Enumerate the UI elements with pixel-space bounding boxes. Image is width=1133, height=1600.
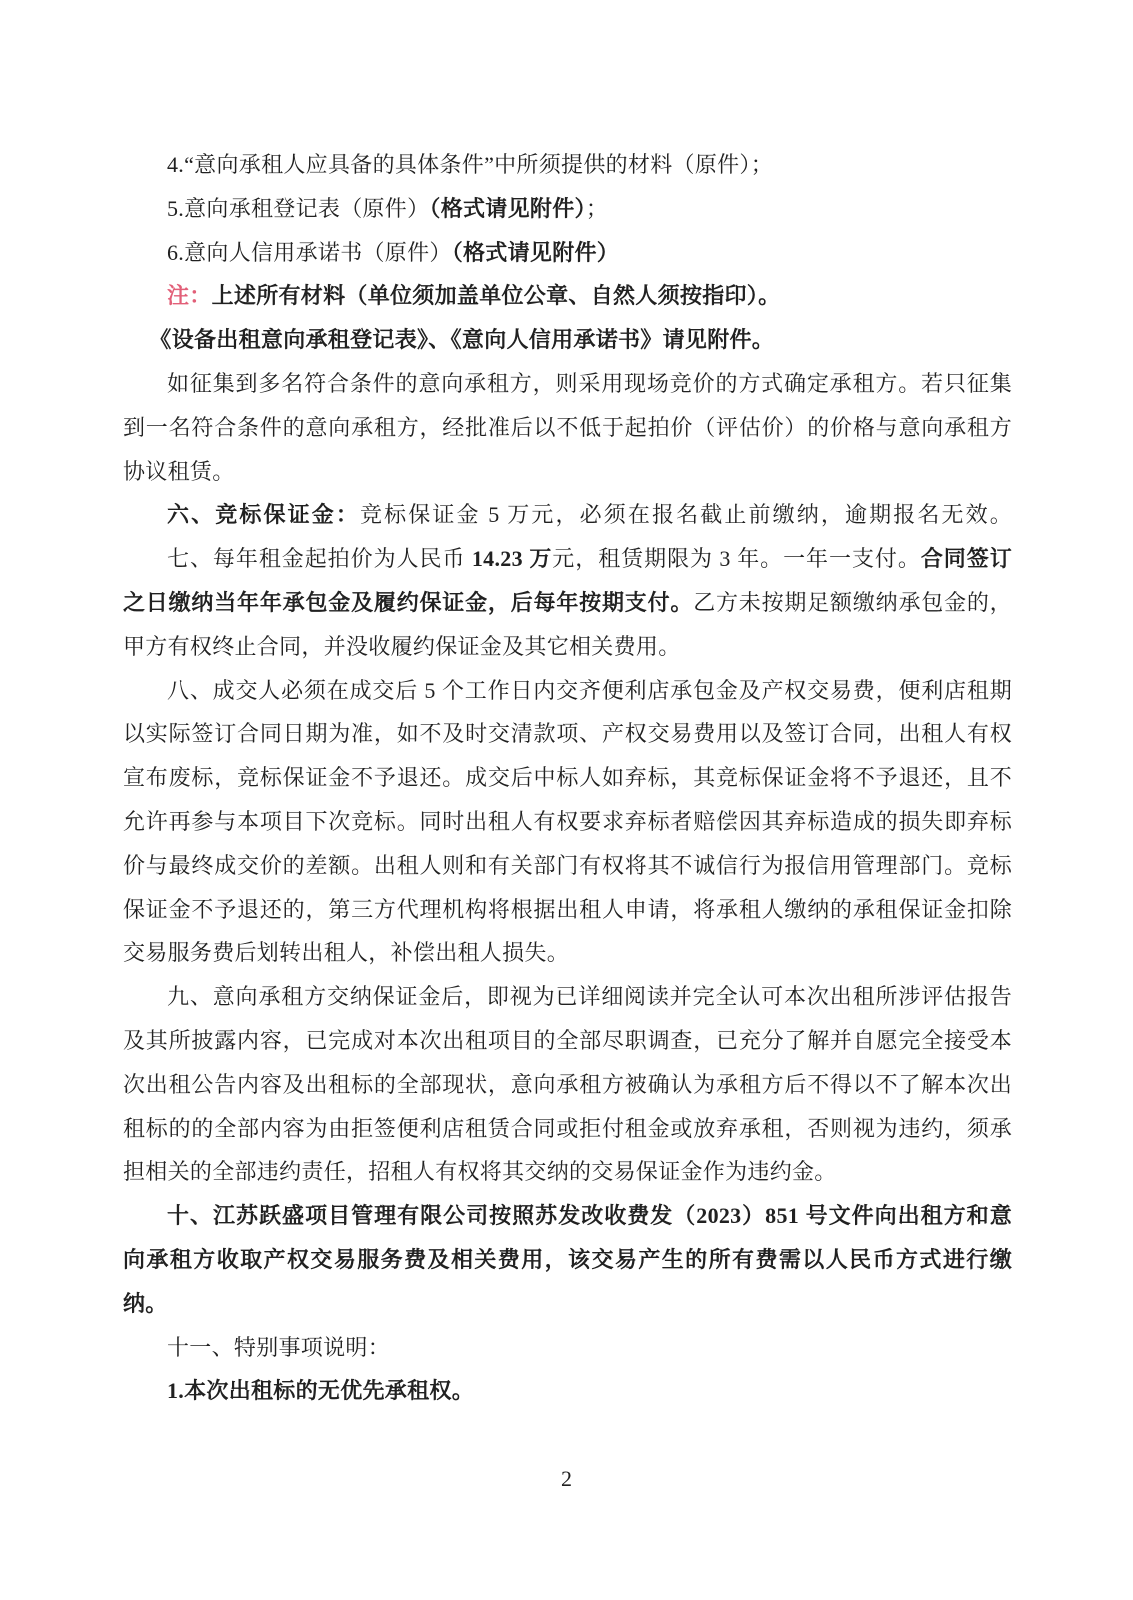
document-line: 六、竞标保证金：竞标保证金 5 万元，必须在报名截止前缴纳，逾期报名无效。 — [123, 493, 1012, 537]
page-number: 2 — [0, 1466, 1133, 1492]
document-line: 宣布废标，竞标保证金不予退还。成交后中标人如弃标，其竞标保证金将不予退还，且不 — [123, 756, 1012, 800]
document-line: 之日缴纳当年年承包金及履约保证金，后每年按期支付。乙方未按期足额缴纳承包金的， — [123, 581, 1012, 625]
document-line: 1.本次出租标的无优先承租权。 — [123, 1369, 1012, 1413]
text-segment: 宣布废标，竞标保证金不予退还。成交后中标人如弃标，其竞标保证金将不予退还，且不 — [123, 765, 1012, 790]
document-body: 4.“意向承租人应具备的具体条件”中所须提供的材料（原件）；5.意向承租登记表（… — [123, 143, 1012, 1413]
document-line: 向承租方收取产权交易服务费及相关费用，该交易产生的所有费需以人民币方式进行缴 — [123, 1238, 1012, 1282]
text-segment: 担相关的全部违约责任，招租人有权将其交纳的交易保证金作为违约金。 — [123, 1159, 837, 1184]
text-segment: 注： — [167, 283, 212, 308]
document-line: 协议租赁。 — [123, 450, 1012, 494]
text-segment: 合同签订 — [921, 546, 1012, 571]
text-segment: 6.意向人信用承诺书（原件） — [167, 240, 452, 265]
document-page: 4.“意向承租人应具备的具体条件”中所须提供的材料（原件）；5.意向承租登记表（… — [0, 0, 1133, 1600]
text-segment: 九、意向承租方交纳保证金后，即视为已详细阅读并完全认可本次出租所涉评估报告 — [167, 984, 1012, 1009]
document-line: 《设备出租意向承租登记表》、《意向人信用承诺书》请见附件。 — [123, 318, 1012, 362]
text-segment: 保证金不予退还的，第三方代理机构将根据出租人申请，将承租人缴纳的承租保证金扣除 — [123, 897, 1012, 922]
document-line: 价与最终成交价的差额。出租人则和有关部门有权将其不诚信行为报信用管理部门。竞标 — [123, 844, 1012, 888]
document-line: 纳。 — [123, 1282, 1012, 1326]
text-segment: 十、江苏跃盛项目管理有限公司按照苏发改收费发（2023）851 号文件向出租方和… — [167, 1203, 1012, 1228]
text-segment: 4.“意向承租人应具备的具体条件”中所须提供的材料（原件）； — [167, 152, 773, 177]
text-segment: 14.23 万 — [472, 546, 552, 571]
text-segment: 允许再参与本项目下次竞标。同时出租人有权要求弃标者赔偿因其弃标造成的损失即弃标 — [123, 809, 1012, 834]
document-line: 以实际签订合同日期为准，如不及时交清款项、产权交易费用以及签订合同，出租人有权 — [123, 712, 1012, 756]
text-segment: 十一、特别事项说明： — [167, 1335, 390, 1360]
document-line: 允许再参与本项目下次竞标。同时出租人有权要求弃标者赔偿因其弃标造成的损失即弃标 — [123, 800, 1012, 844]
document-line: 如征集到多名符合条件的意向承租方，则采用现场竞价的方式确定承租方。若只征集 — [123, 362, 1012, 406]
text-segment: 协议租赁。 — [123, 459, 235, 484]
text-segment: 上述所有材料（单位须加盖单位公章、自然人须按指印）。 — [212, 283, 781, 308]
text-segment: 5.意向承租登记表（原件） — [167, 196, 429, 221]
text-segment: 元，租赁期限为 3 年。一年一支付。 — [552, 546, 921, 571]
document-line: 注：上述所有材料（单位须加盖单位公章、自然人须按指印）。 — [123, 274, 1012, 318]
document-line: 到一名符合条件的意向承租方，经批准后以不低于起拍价（评估价）的价格与意向承租方 — [123, 406, 1012, 450]
document-line: 八、成交人必须在成交后 5 个工作日内交齐便利店承包金及产权交易费，便利店租期 — [123, 669, 1012, 713]
text-segment: 竞标保证金 5 万元，必须在报名截止前缴纳，逾期报名无效。 — [360, 502, 1012, 527]
document-line: 保证金不予退还的，第三方代理机构将根据出租人申请，将承租人缴纳的承租保证金扣除 — [123, 888, 1012, 932]
text-segment: 价与最终成交价的差额。出租人则和有关部门有权将其不诚信行为报信用管理部门。竞标 — [123, 853, 1012, 878]
text-segment: 《设备出租意向承租登记表》、《意向人信用承诺书》请见附件。 — [149, 327, 774, 352]
text-segment: 如征集到多名符合条件的意向承租方，则采用现场竞价的方式确定承租方。若只征集 — [167, 371, 1012, 396]
text-segment: 七、每年租金起拍价为人民币 — [167, 546, 472, 571]
text-segment: 次出租公告内容及出租标的全部现状，意向承租方被确认为承租方后不得以不了解本次出 — [123, 1072, 1012, 1097]
text-segment: 六、竞标保证金： — [167, 502, 360, 527]
document-line: 甲方有权终止合同，并没收履约保证金及其它相关费用。 — [123, 625, 1012, 669]
text-segment: （格式请见附件） — [452, 240, 619, 265]
document-line: 及其所披露内容，已完成对本次出租项目的全部尽职调查，已充分了解并自愿完全接受本 — [123, 1019, 1012, 1063]
document-line: 次出租公告内容及出租标的全部现状，意向承租方被确认为承租方后不得以不了解本次出 — [123, 1063, 1012, 1107]
text-segment: 及其所披露内容，已完成对本次出租项目的全部尽职调查，已充分了解并自愿完全接受本 — [123, 1028, 1012, 1053]
document-line: 十一、特别事项说明： — [123, 1326, 1012, 1370]
text-segment: 1.本次出租标的无优先承租权。 — [167, 1378, 474, 1403]
document-line: 租标的的全部内容为由拒签便利店租赁合同或拒付租金或放弃承租，否则视为违约，须承 — [123, 1107, 1012, 1151]
document-line: 交易服务费后划转出租人，补偿出租人损失。 — [123, 931, 1012, 975]
document-line: 十、江苏跃盛项目管理有限公司按照苏发改收费发（2023）851 号文件向出租方和… — [123, 1194, 1012, 1238]
text-segment: 以实际签订合同日期为准，如不及时交清款项、产权交易费用以及签订合同，出租人有权 — [123, 721, 1012, 746]
text-segment: 之日缴纳当年年承包金及履约保证金，后每年按期支付。 — [123, 590, 693, 615]
text-segment: 租标的的全部内容为由拒签便利店租赁合同或拒付租金或放弃承租，否则视为违约，须承 — [123, 1116, 1012, 1141]
text-segment: 纳。 — [123, 1291, 168, 1316]
text-segment: 交易服务费后划转出租人，补偿出租人损失。 — [123, 940, 569, 965]
document-line: 4.“意向承租人应具备的具体条件”中所须提供的材料（原件）； — [123, 143, 1012, 187]
document-line: 九、意向承租方交纳保证金后，即视为已详细阅读并完全认可本次出租所涉评估报告 — [123, 975, 1012, 1019]
text-segment: 乙方未按期足额缴纳承包金的， — [693, 590, 1012, 615]
text-segment: 向承租方收取产权交易服务费及相关费用，该交易产生的所有费需以人民币方式进行缴 — [123, 1247, 1012, 1272]
document-line: 5.意向承租登记表（原件）（格式请见附件）； — [123, 187, 1012, 231]
document-line: 七、每年租金起拍价为人民币 14.23 万元，租赁期限为 3 年。一年一支付。合… — [123, 537, 1012, 581]
text-segment: 甲方有权终止合同，并没收履约保证金及其它相关费用。 — [123, 634, 681, 659]
text-segment: （格式请见附件） — [429, 196, 585, 221]
document-line: 6.意向人信用承诺书（原件）（格式请见附件） — [123, 231, 1012, 275]
text-segment: ； — [586, 196, 608, 221]
text-segment: 到一名符合条件的意向承租方，经批准后以不低于起拍价（评估价）的价格与意向承租方 — [123, 415, 1012, 440]
document-line: 担相关的全部违约责任，招租人有权将其交纳的交易保证金作为违约金。 — [123, 1150, 1012, 1194]
text-segment: 八、成交人必须在成交后 5 个工作日内交齐便利店承包金及产权交易费，便利店租期 — [167, 678, 1012, 703]
